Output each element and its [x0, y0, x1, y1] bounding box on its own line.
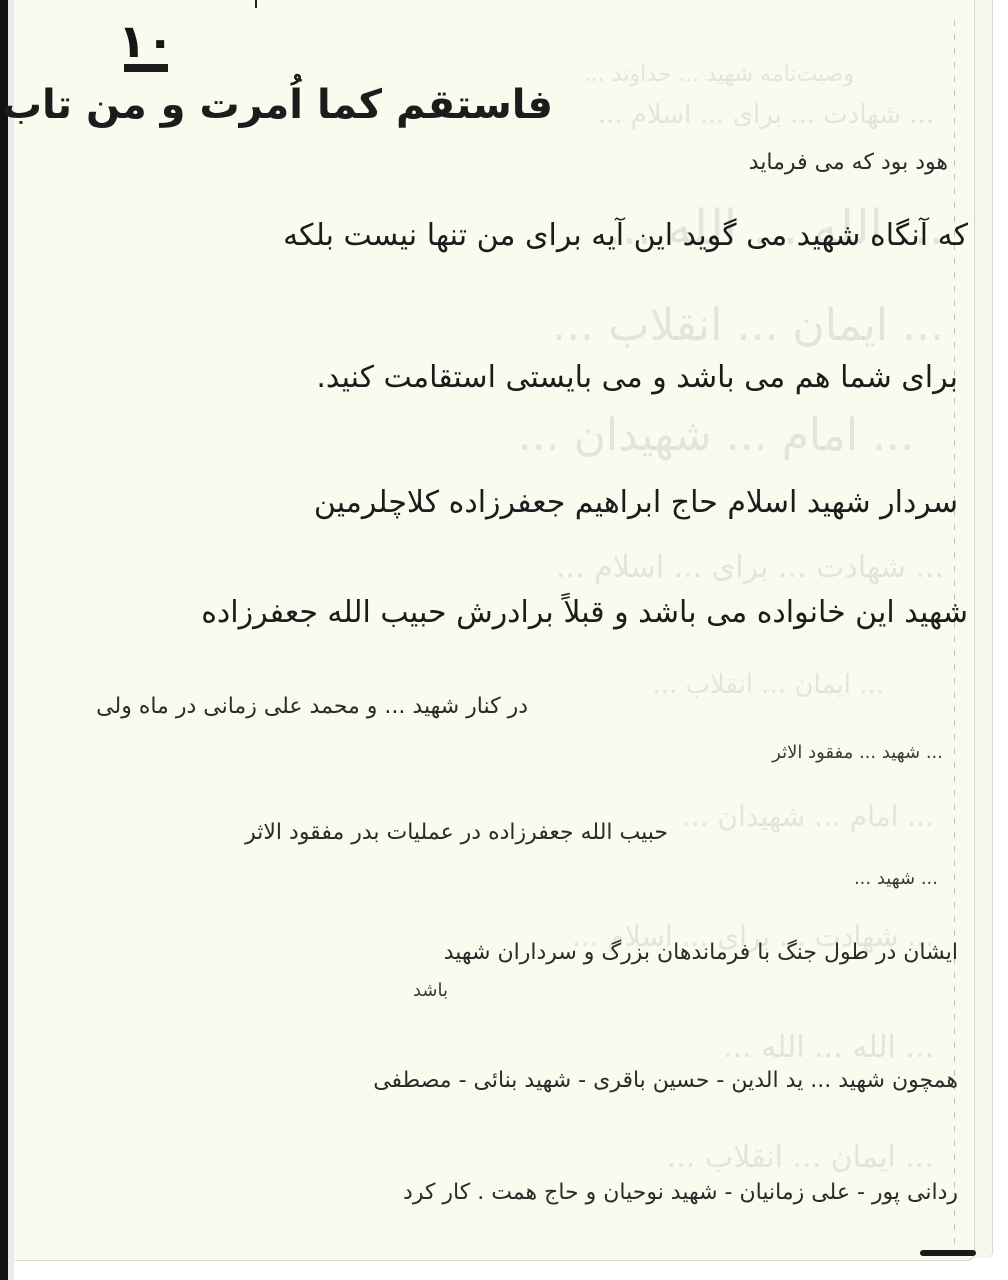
- handwritten-line: حبیب الله جعفرزاده در عملیات بدر مفقود ا…: [245, 820, 668, 845]
- verse-heading: فاستقم کما اُمرت و من تاب معک: [0, 82, 553, 128]
- scanned-document: وصیت‌نامه شهید ... خداوند ... ... شهادت …: [0, 0, 1008, 1280]
- handwritten-line: ایشان در طول جنگ با فرماندهان بزرگ و سرد…: [444, 940, 958, 965]
- bleed-through-text: ... ایمان ... انقلاب ...: [667, 1140, 934, 1175]
- bleed-through-text: ... ایمان ... انقلاب ...: [652, 670, 884, 700]
- handwritten-line: همچون شهید ... ید الدین - حسین باقری - ش…: [373, 1068, 958, 1093]
- handwritten-line: ... شهید ...: [854, 868, 938, 889]
- handwritten-line: که آنگاه شهید می گوید این آیه برای من تن…: [283, 218, 968, 253]
- handwritten-line: هود بود که می فرماید: [749, 150, 948, 175]
- bleed-through-text: ... ایمان ... انقلاب ...: [552, 300, 944, 351]
- handwritten-line: در کنار شهید ... و محمد علی زمانی در ماه…: [96, 694, 528, 719]
- bleed-through-text: ... امام ... شهیدان ...: [682, 800, 934, 833]
- bleed-through-text: ... شهادت ... برای ... اسلام ...: [598, 100, 934, 130]
- handwritten-line: ... شهید ... مفقود الاثر: [772, 742, 943, 763]
- handwritten-line: شهید این خانواده می باشد و قبلاً برادرش …: [201, 595, 968, 630]
- bleed-through-text: ... امام ... شهیدان ...: [518, 410, 914, 461]
- bleed-through-text: وصیت‌نامه شهید ... خداوند ...: [584, 62, 854, 87]
- fold-line: [954, 20, 955, 1250]
- handwritten-line: باشد: [413, 980, 448, 1001]
- bleed-through-text: ... الله ... الله ...: [723, 1030, 934, 1065]
- handwritten-line: سردار شهید اسلام حاج ابراهیم جعفرزاده کل…: [314, 485, 958, 520]
- bleed-through-text: ... شهادت ... برای ... اسلام ...: [556, 550, 944, 585]
- ink-blot: [920, 1250, 976, 1256]
- handwritten-line: برای شما هم می باشد و می بایستی استقامت …: [316, 360, 958, 395]
- handwritten-line: ردانی پور - علی زمانیان - شهید نوحیان و …: [403, 1180, 958, 1205]
- ink-mark: [255, 0, 257, 8]
- page-number: ۱۰: [118, 14, 174, 68]
- scan-left-border: [0, 0, 8, 1280]
- page-number-underline: [124, 64, 168, 72]
